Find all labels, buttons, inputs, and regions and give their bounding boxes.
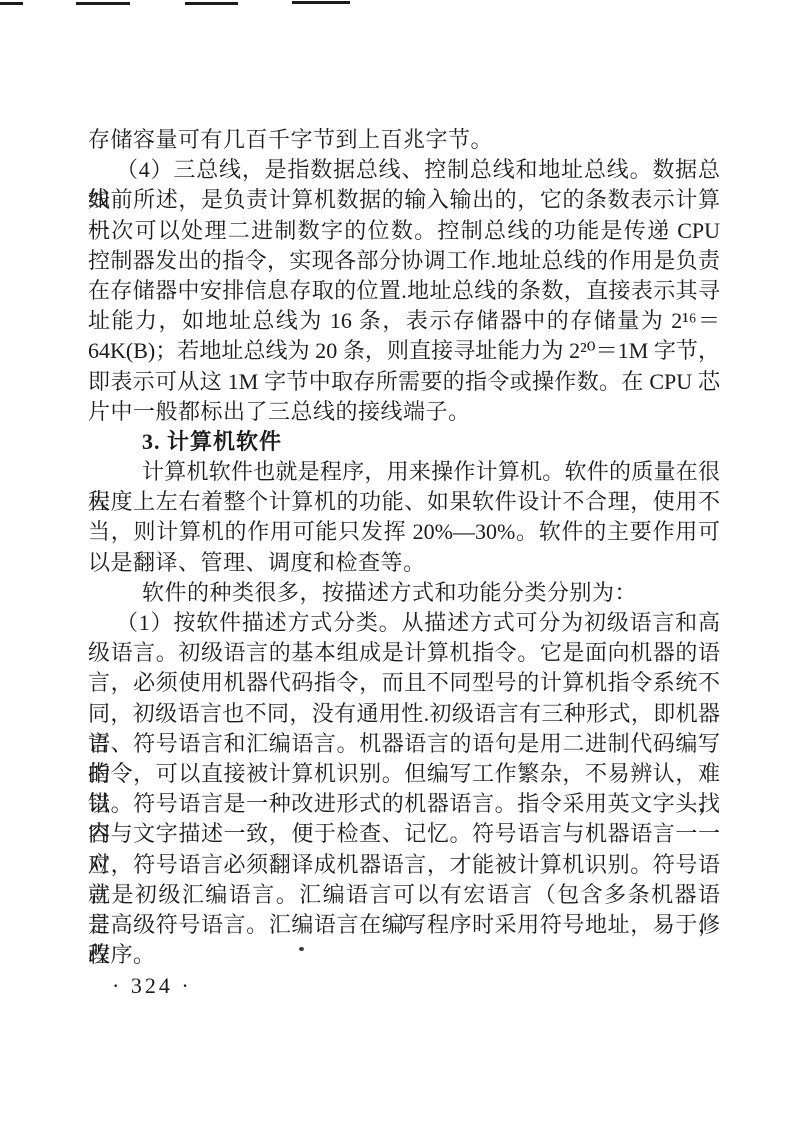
scan-artifact-dot	[299, 947, 304, 951]
text-line: 如前所述，是负责计算机数据的输入输出的，它的条数表示计算机	[88, 185, 720, 215]
text-line: 程度上左右着整个计算机的功能、如果软件设计不合理，使用不	[88, 487, 720, 517]
text-line: 64K(B)；若地址总线为 20 条，则直接寻址能力为 2²⁰＝1M 字节，	[88, 336, 720, 366]
text-line: 是高级符号语言。汇编语言在编写程序时采用符号地址，易于修改	[88, 910, 720, 940]
text-line: 计算机软件也就是程序，用来操作计算机。软件的质量在很大	[88, 457, 720, 487]
body-text: 存储容量可有几百千字节到上百兆字节。 （4）三总线，是指数据总线、控制总线和地址…	[88, 125, 720, 970]
text-line: 在存储器中安排信息存取的位置.地址总线的条数，直接表示其寻	[88, 276, 720, 306]
text-line: 容与文字描述一致，便于检查、记忆。符号语言与机器语言一一对	[88, 819, 720, 849]
text-line: 指令，可以直接被计算机识别。但编写工作繁杂，不易辨认，难以找	[88, 759, 720, 789]
scan-artifact-line	[185, 2, 238, 5]
text-line: 程序。	[88, 940, 720, 970]
text-line: 一次可以处理二进制数字的位数。控制总线的功能是传递 CPU	[88, 216, 720, 246]
text-line: 言、符号语言和汇编语言。机器语言的语句是用二进制代码编写的	[88, 729, 720, 759]
text-line: 当，则计算机的作用可能只发挥 20%—30%。软件的主要作用可	[88, 517, 720, 547]
text-line: （4）三总线，是指数据总线、控制总线和地址总线。数据总线	[88, 155, 720, 185]
page-number: · 324 ·	[112, 971, 192, 1001]
text-line: 错。符号语言是一种改进形式的机器语言。指令采用英文字头，内	[88, 789, 720, 819]
text-line: 言，必须使用机器代码指令，而且不同型号的计算机指令系统不	[88, 668, 720, 698]
text-line: 址能力，如地址总线为 16 条，表示存储器中的存储量为 2¹⁶＝	[88, 306, 720, 336]
text-line: 片中一般都标出了三总线的接线端子。	[88, 397, 720, 427]
section-heading: 3. 计算机软件	[88, 427, 720, 457]
text-line: 控制器发出的指令，实现各部分协调工作.地址总线的作用是负责	[88, 246, 720, 276]
text-line: 以是翻译、管理、调度和检查等。	[88, 548, 720, 578]
text-line: 就是初级汇编语言。汇编语言可以有宏语言（包含多条机器语言），	[88, 880, 720, 910]
scan-artifact-line	[292, 1, 350, 4]
scan-artifact-line	[0, 2, 23, 5]
scan-artifact-line	[76, 2, 130, 5]
text-line: 同，初级语言也不同，没有通用性.初级语言有三种形式，即机器语	[88, 699, 720, 729]
scanned-book-page: 存储容量可有几百千字节到上百兆字节。 （4）三总线，是指数据总线、控制总线和地址…	[0, 0, 793, 1121]
text-line: （1）按软件描述方式分类。从描述方式可分为初级语言和高	[88, 608, 720, 638]
text-line: 级语言。初级语言的基本组成是计算机指令。它是面向机器的语	[88, 638, 720, 668]
text-line: 即表示可从这 1M 字节中取存所需要的指令或操作数。在 CPU 芯	[88, 367, 720, 397]
text-line: 应，符号语言必须翻译成机器语言，才能被计算机识别。符号语言	[88, 850, 720, 880]
text-line: 软件的种类很多，按描述方式和功能分类分别为：	[88, 578, 720, 608]
text-line: 存储容量可有几百千字节到上百兆字节。	[88, 125, 720, 155]
